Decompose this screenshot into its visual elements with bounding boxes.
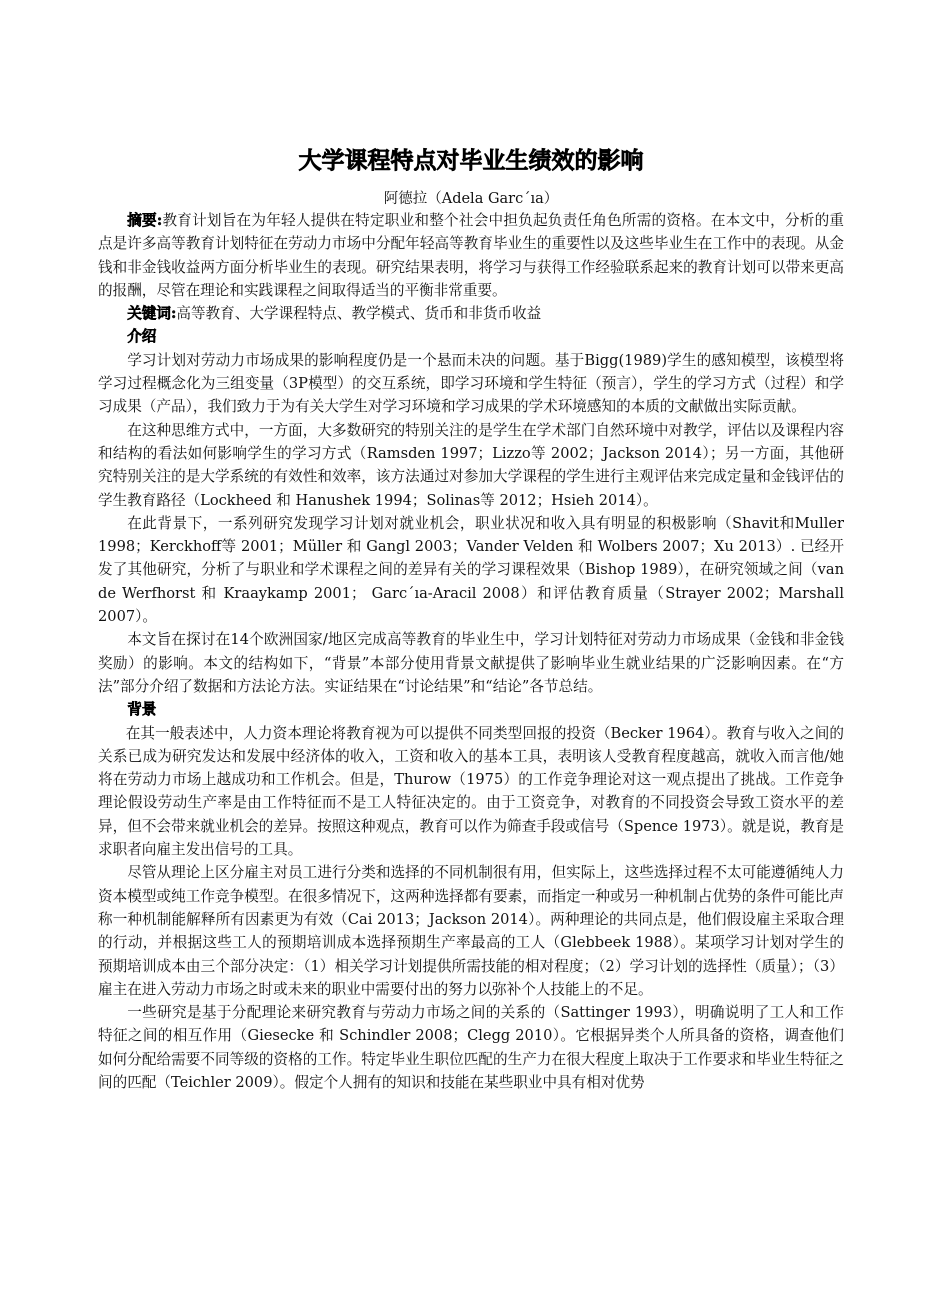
section-heading-introduction: 介绍 [98, 325, 844, 348]
paragraph: 在其一般表述中，人力资本理论将教育视为可以提供不同类型回报的投资（Becker … [98, 722, 844, 862]
paragraph: 学习计划对劳动力市场成果的影响程度仍是一个悬而未决的问题。基于Bigg(1989… [98, 349, 844, 419]
keywords-text: 高等教育、大学课程特点、教学模式、货币和非货币收益 [176, 305, 541, 322]
paper-body: 摘要:教育计划旨在为年轻人提供在特定职业和整个社会中担负起负责任角色所需的资格。… [98, 209, 844, 1094]
paragraph: 本文旨在探讨在14个欧洲国家/地区完成高等教育的毕业生中，学习计划特征对劳动力市… [98, 628, 844, 698]
paragraph: 在这种思维方式中，一方面，大多数研究的特别关注的是学生在学术部门自然环境中对教学… [98, 419, 844, 512]
keywords-label: 关键词: [127, 305, 176, 322]
abstract-text: 教育计划旨在为年轻人提供在特定职业和整个社会中担负起负责任角色所需的资格。在本文… [98, 212, 844, 299]
keywords: 关键词:高等教育、大学课程特点、教学模式、货币和非货币收益 [98, 302, 844, 325]
paragraph: 尽管从理论上区分雇主对员工进行分类和选择的不同机制很有用，但实际上，这些选择过程… [98, 861, 844, 1001]
paper-title: 大学课程特点对毕业生绩效的影响 [98, 142, 844, 175]
abstract-label: 摘要: [127, 212, 162, 229]
paragraph: 一些研究是基于分配理论来研究教育与劳动力市场之间的关系的（Sattinger 1… [98, 1001, 844, 1094]
paper-author: 阿德拉（Adela Garc´ıa） [98, 187, 844, 208]
abstract: 摘要:教育计划旨在为年轻人提供在特定职业和整个社会中担负起负责任角色所需的资格。… [98, 209, 844, 302]
section-heading-background: 背景 [98, 698, 844, 721]
paragraph: 在此背景下，一系列研究发现学习计划对就业机会，职业状况和收入具有明显的积极影响（… [98, 512, 844, 628]
